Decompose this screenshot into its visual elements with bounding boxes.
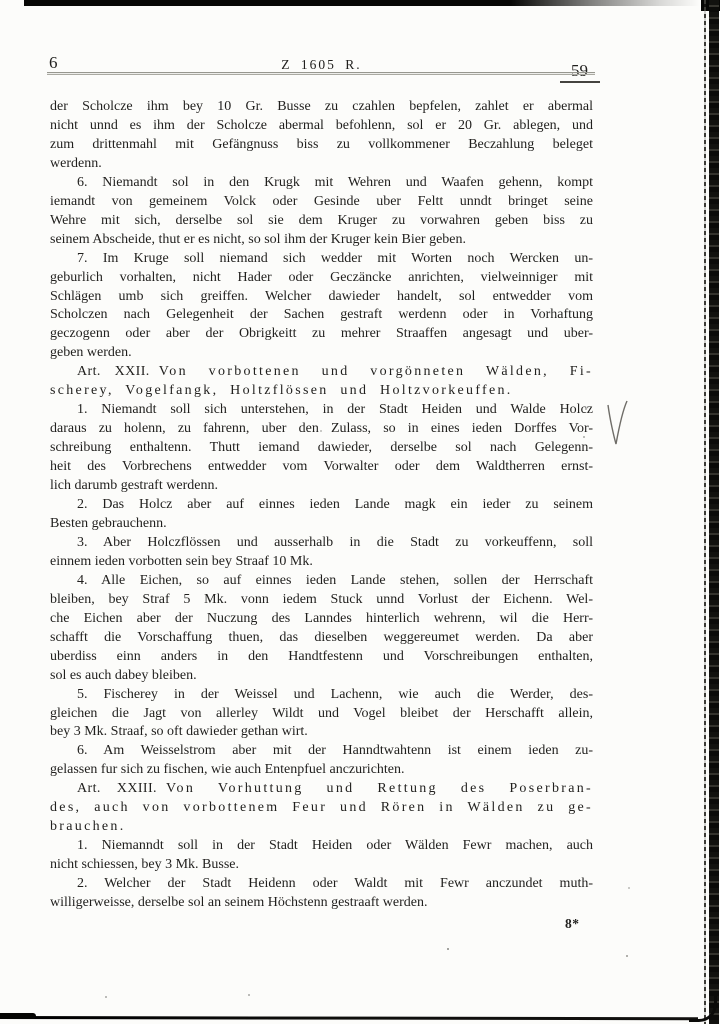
text-line: uberdiss einn anders in den Handtfestenn… bbox=[50, 648, 593, 667]
header-right-page-number: 59 bbox=[571, 61, 588, 81]
text-line: iemandt von gemeinem Volck oder Gesinde … bbox=[50, 193, 593, 212]
text-line: Besten gebrauchenn. bbox=[50, 515, 593, 534]
scan-edge-right-band bbox=[709, 0, 719, 1024]
text-line: gleichen die Jagt von allerley Wildt und… bbox=[50, 705, 593, 724]
paragraph: 7. Im Kruge soll niemand sich wedder mit… bbox=[50, 250, 593, 364]
scan-edge-top bbox=[24, 0, 700, 6]
ink-speck bbox=[320, 430, 322, 432]
scan-edge-right-line bbox=[704, 0, 706, 1024]
text-line: Schlägen umb sich greiffen. Welcher dawi… bbox=[50, 288, 593, 307]
text-line: Wehre mit sich, derselbe sol sie dem Kru… bbox=[50, 212, 593, 231]
paragraph: 6. Am Weisselstrom aber mit der Hanndtwa… bbox=[50, 742, 593, 780]
paragraph: 2. Das Holcz aber auf einnes ieden Lande… bbox=[50, 496, 593, 534]
text-line: 4. Alle Eichen, so auf einnes ieden Land… bbox=[50, 572, 593, 591]
article-number: Art. XXIII. bbox=[77, 781, 157, 796]
text-line: werdenn. bbox=[50, 155, 593, 174]
scan-edge-bottom bbox=[0, 1016, 698, 1020]
text-line: Art. XXII.Von vorbottenen und vorgönnete… bbox=[50, 363, 593, 382]
text-line: gelassen fur sich zu fischen, wie auch E… bbox=[50, 761, 593, 780]
paragraph: Art. XXIII.Von Vorhuttung und Rettung de… bbox=[50, 780, 593, 837]
text-line: 2. Welcher der Stadt Heidenn oder Waldt … bbox=[50, 875, 593, 894]
header-rule bbox=[47, 72, 595, 76]
ink-speck bbox=[105, 996, 107, 998]
article-number: Art. XXII. bbox=[77, 364, 150, 379]
text-line: seinem Abscheide, thut er es nicht, so s… bbox=[50, 231, 593, 250]
signature-mark: 8* bbox=[565, 916, 580, 932]
text-line: willigerweisse, derselbe sol an seinem H… bbox=[50, 894, 593, 913]
text-line: nicht unnd es ihm der Scholcze abermal b… bbox=[50, 117, 593, 136]
text-line: 6. Am Weisselstrom aber mit der Hanndtwa… bbox=[50, 742, 593, 761]
article-title-text: Von vorbottenen und vorgönneten Wälden, … bbox=[159, 364, 593, 379]
text-line: 7. Im Kruge soll niemand sich wedder mit… bbox=[50, 250, 593, 269]
text-line: 1. Niemandt soll sich unterstehen, in de… bbox=[50, 401, 593, 420]
paragraph: 6. Niemandt sol in den Krugk mit Wehren … bbox=[50, 174, 593, 250]
text-line: 2. Das Holcz aber auf einnes ieden Lande… bbox=[50, 496, 593, 515]
ink-speck bbox=[628, 887, 630, 889]
paragraph: 4. Alle Eichen, so auf einnes ieden Land… bbox=[50, 572, 593, 686]
text-line: Scholczen nach Gelegenheit der Sachen ge… bbox=[50, 306, 593, 325]
text-line: des, auch von vorbottenem Feur und Rören… bbox=[50, 799, 593, 818]
text-line: geburlich vorhalten, nicht Hader oder Ge… bbox=[50, 269, 593, 288]
text-line: bey 3 Mk. Straaf, so oft dawieder gethan… bbox=[50, 723, 593, 742]
text-line: schreibung enthaltenn. Thutt iemand dawi… bbox=[50, 439, 593, 458]
ink-speck bbox=[248, 994, 250, 996]
text-line: 5. Fischerey in der Weissel und Lachenn,… bbox=[50, 686, 593, 705]
ink-speck bbox=[447, 948, 449, 950]
header-center-title: Z 1605 R. bbox=[50, 57, 593, 73]
ink-speck bbox=[585, 408, 587, 410]
paragraph: 2. Welcher der Stadt Heidenn oder Waldt … bbox=[50, 875, 593, 913]
scanned-document-page: 6 Z 1605 R. 59 der Scholcze ihm bey 10 G… bbox=[0, 0, 720, 1024]
text-line: 6. Niemandt sol in den Krugk mit Wehren … bbox=[50, 174, 593, 193]
page-body-text: der Scholcze ihm bey 10 Gr. Busse zu cza… bbox=[50, 98, 593, 913]
header-right-number-underline bbox=[560, 81, 600, 83]
text-line: brauchen. bbox=[50, 818, 593, 837]
text-line: 3. Aber Holczflössen und ausserhalb in d… bbox=[50, 534, 593, 553]
paragraph: 1. Niemandt soll sich unterstehen, in de… bbox=[50, 401, 593, 496]
paragraph: 3. Aber Holczflössen und ausserhalb in d… bbox=[50, 534, 593, 572]
paragraph: 1. Niemanndt soll in der Stadt Heiden od… bbox=[50, 837, 593, 875]
ink-speck bbox=[583, 436, 585, 438]
article-title-text: Von Vorhuttung und Rettung des Poserbran… bbox=[166, 781, 593, 796]
text-line: zum drittenmahl mit Gefängnuss biss zu v… bbox=[50, 136, 593, 155]
text-line: geben werden. bbox=[50, 344, 593, 363]
text-line: Art. XXIII.Von Vorhuttung und Rettung de… bbox=[50, 780, 593, 799]
text-line: heit des Vorbrechens entwedder vom Vorwa… bbox=[50, 458, 593, 477]
text-line: scherey, Vogelfangk, Holtzflössen und Ho… bbox=[50, 382, 593, 401]
text-line: che Eichen aber der Nuczung des Lanndes … bbox=[50, 610, 593, 629]
pencil-checkmark-mark bbox=[600, 398, 634, 452]
paragraph: Art. XXII.Von vorbottenen und vorgönnete… bbox=[50, 363, 593, 401]
paragraph: 5. Fischerey in der Weissel und Lachenn,… bbox=[50, 686, 593, 743]
text-line: der Scholcze ihm bey 10 Gr. Busse zu cza… bbox=[50, 98, 593, 117]
text-line: 1. Niemanndt soll in der Stadt Heiden od… bbox=[50, 837, 593, 856]
scan-edge-bottom-left bbox=[0, 1013, 36, 1019]
text-line: einnem ieden vorbotten sein bey Straaf 1… bbox=[50, 553, 593, 572]
text-line: schafft die Vorschaffung thuen, das dies… bbox=[50, 629, 593, 648]
paragraph: der Scholcze ihm bey 10 Gr. Busse zu cza… bbox=[50, 98, 593, 174]
text-line: sol es auch dabey bleiben. bbox=[50, 667, 593, 686]
text-line: lich darumb gestraft werdenn. bbox=[50, 477, 593, 496]
text-line: nicht schiessen, bey 3 Mk. Busse. bbox=[50, 856, 593, 875]
text-line: geczogenn oder aber der Obrigkeitt zu me… bbox=[50, 325, 593, 344]
ink-speck bbox=[626, 955, 628, 957]
text-line: bleiben, bey Straf 5 Mk. vonn iedem Stuc… bbox=[50, 591, 593, 610]
